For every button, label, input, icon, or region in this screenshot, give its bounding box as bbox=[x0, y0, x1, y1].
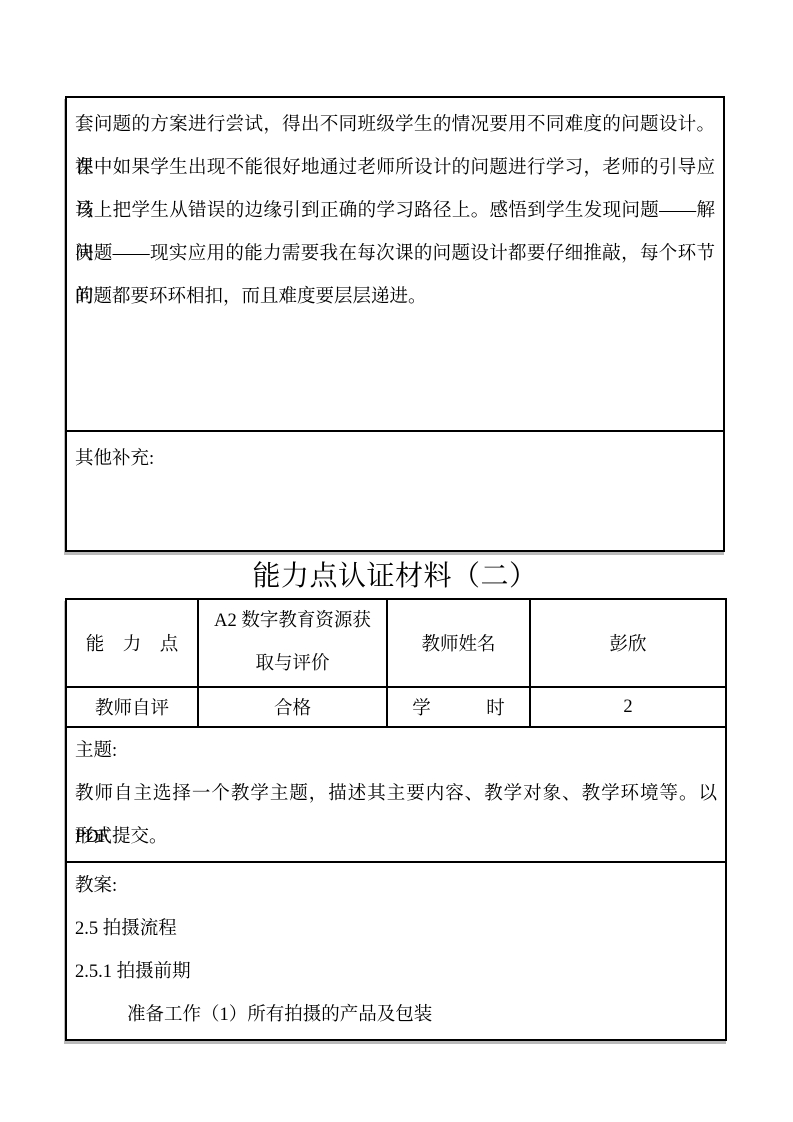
topic-row: 主题: 教师自主选择一个教学主题，描述其主要内容、教学对象、教学环境等。以 PD… bbox=[66, 727, 726, 862]
cert-table: 能 力 点 A2 数字教育资源获 取与评价 教师姓名 彭欣 教师自评 合格 学 … bbox=[65, 598, 727, 1041]
cell-self-eval-value: 合格 bbox=[198, 687, 387, 727]
page-title: 能力点认证材料（二） bbox=[65, 556, 725, 598]
ability-value-line-2: 取与评价 bbox=[199, 643, 386, 686]
reflection-text-line: 课中如果学生出现不能很好地通过老师所设计的问题进行学习，老师的引导应该 bbox=[75, 147, 715, 190]
lesson-plan-label: 教案: bbox=[75, 865, 717, 908]
cell-teacher-name-value: 彭欣 bbox=[530, 599, 726, 687]
reflection-cell: 套问题的方案进行尝试，得出不同班级学生的情况要用不同难度的问题设计。在 课中如果… bbox=[67, 98, 723, 430]
cell-hours-label: 学 时 bbox=[387, 687, 530, 727]
cell-topic: 主题: 教师自主选择一个教学主题，描述其主要内容、教学对象、教学环境等。以 PD… bbox=[66, 727, 726, 862]
supplement-label: 其他补充: bbox=[75, 438, 715, 481]
cell-self-eval-label: 教师自评 bbox=[66, 687, 198, 727]
cert-table-row-1: 能 力 点 A2 数字教育资源获 取与评价 教师姓名 彭欣 bbox=[66, 599, 726, 687]
supplement-cell: 其他补充: bbox=[67, 430, 723, 550]
cell-ability-point-label: 能 力 点 bbox=[66, 599, 198, 687]
lesson-plan-text-line: 2.5 拍摄流程 bbox=[75, 908, 717, 951]
cert-table-row-2: 教师自评 合格 学 时 2 bbox=[66, 687, 726, 727]
lesson-plan-text-line: 准备工作（1）所有拍摄的产品及包装 bbox=[75, 994, 717, 1037]
topic-text-line: 形式提交。 bbox=[75, 816, 717, 859]
reflection-text-line: 马上把学生从错误的边缘引到正确的学习路径上。感悟到学生发现问题——解决 bbox=[75, 190, 715, 233]
topic-text-line: 教师自主选择一个教学主题，描述其主要内容、教学对象、教学环境等。以 PDF bbox=[75, 773, 717, 816]
ability-value-line-1: A2 数字教育资源获 bbox=[199, 600, 386, 643]
cell-ability-point-value: A2 数字教育资源获 取与评价 bbox=[198, 599, 387, 687]
topic-label: 主题: bbox=[75, 730, 717, 773]
document-page: 套问题的方案进行尝试，得出不同班级学生的情况要用不同难度的问题设计。在 课中如果… bbox=[65, 96, 725, 1041]
cell-hours-value: 2 bbox=[530, 687, 726, 727]
reflection-table: 套问题的方案进行尝试，得出不同班级学生的情况要用不同难度的问题设计。在 课中如果… bbox=[65, 96, 725, 552]
lesson-plan-row: 教案: 2.5 拍摄流程 2.5.1 拍摄前期 准备工作（1）所有拍摄的产品及包… bbox=[66, 862, 726, 1040]
cell-teacher-name-label: 教师姓名 bbox=[387, 599, 530, 687]
reflection-text-line: 问题都要环环相扣，而且难度要层层递进。 bbox=[75, 276, 715, 319]
cell-lesson-plan: 教案: 2.5 拍摄流程 2.5.1 拍摄前期 准备工作（1）所有拍摄的产品及包… bbox=[66, 862, 726, 1040]
reflection-text-line: 套问题的方案进行尝试，得出不同班级学生的情况要用不同难度的问题设计。在 bbox=[75, 104, 715, 147]
reflection-text-line: 问题——现实应用的能力需要我在每次课的问题设计都要仔细推敲，每个环节的 bbox=[75, 233, 715, 276]
lesson-plan-text-line: 2.5.1 拍摄前期 bbox=[75, 951, 717, 994]
